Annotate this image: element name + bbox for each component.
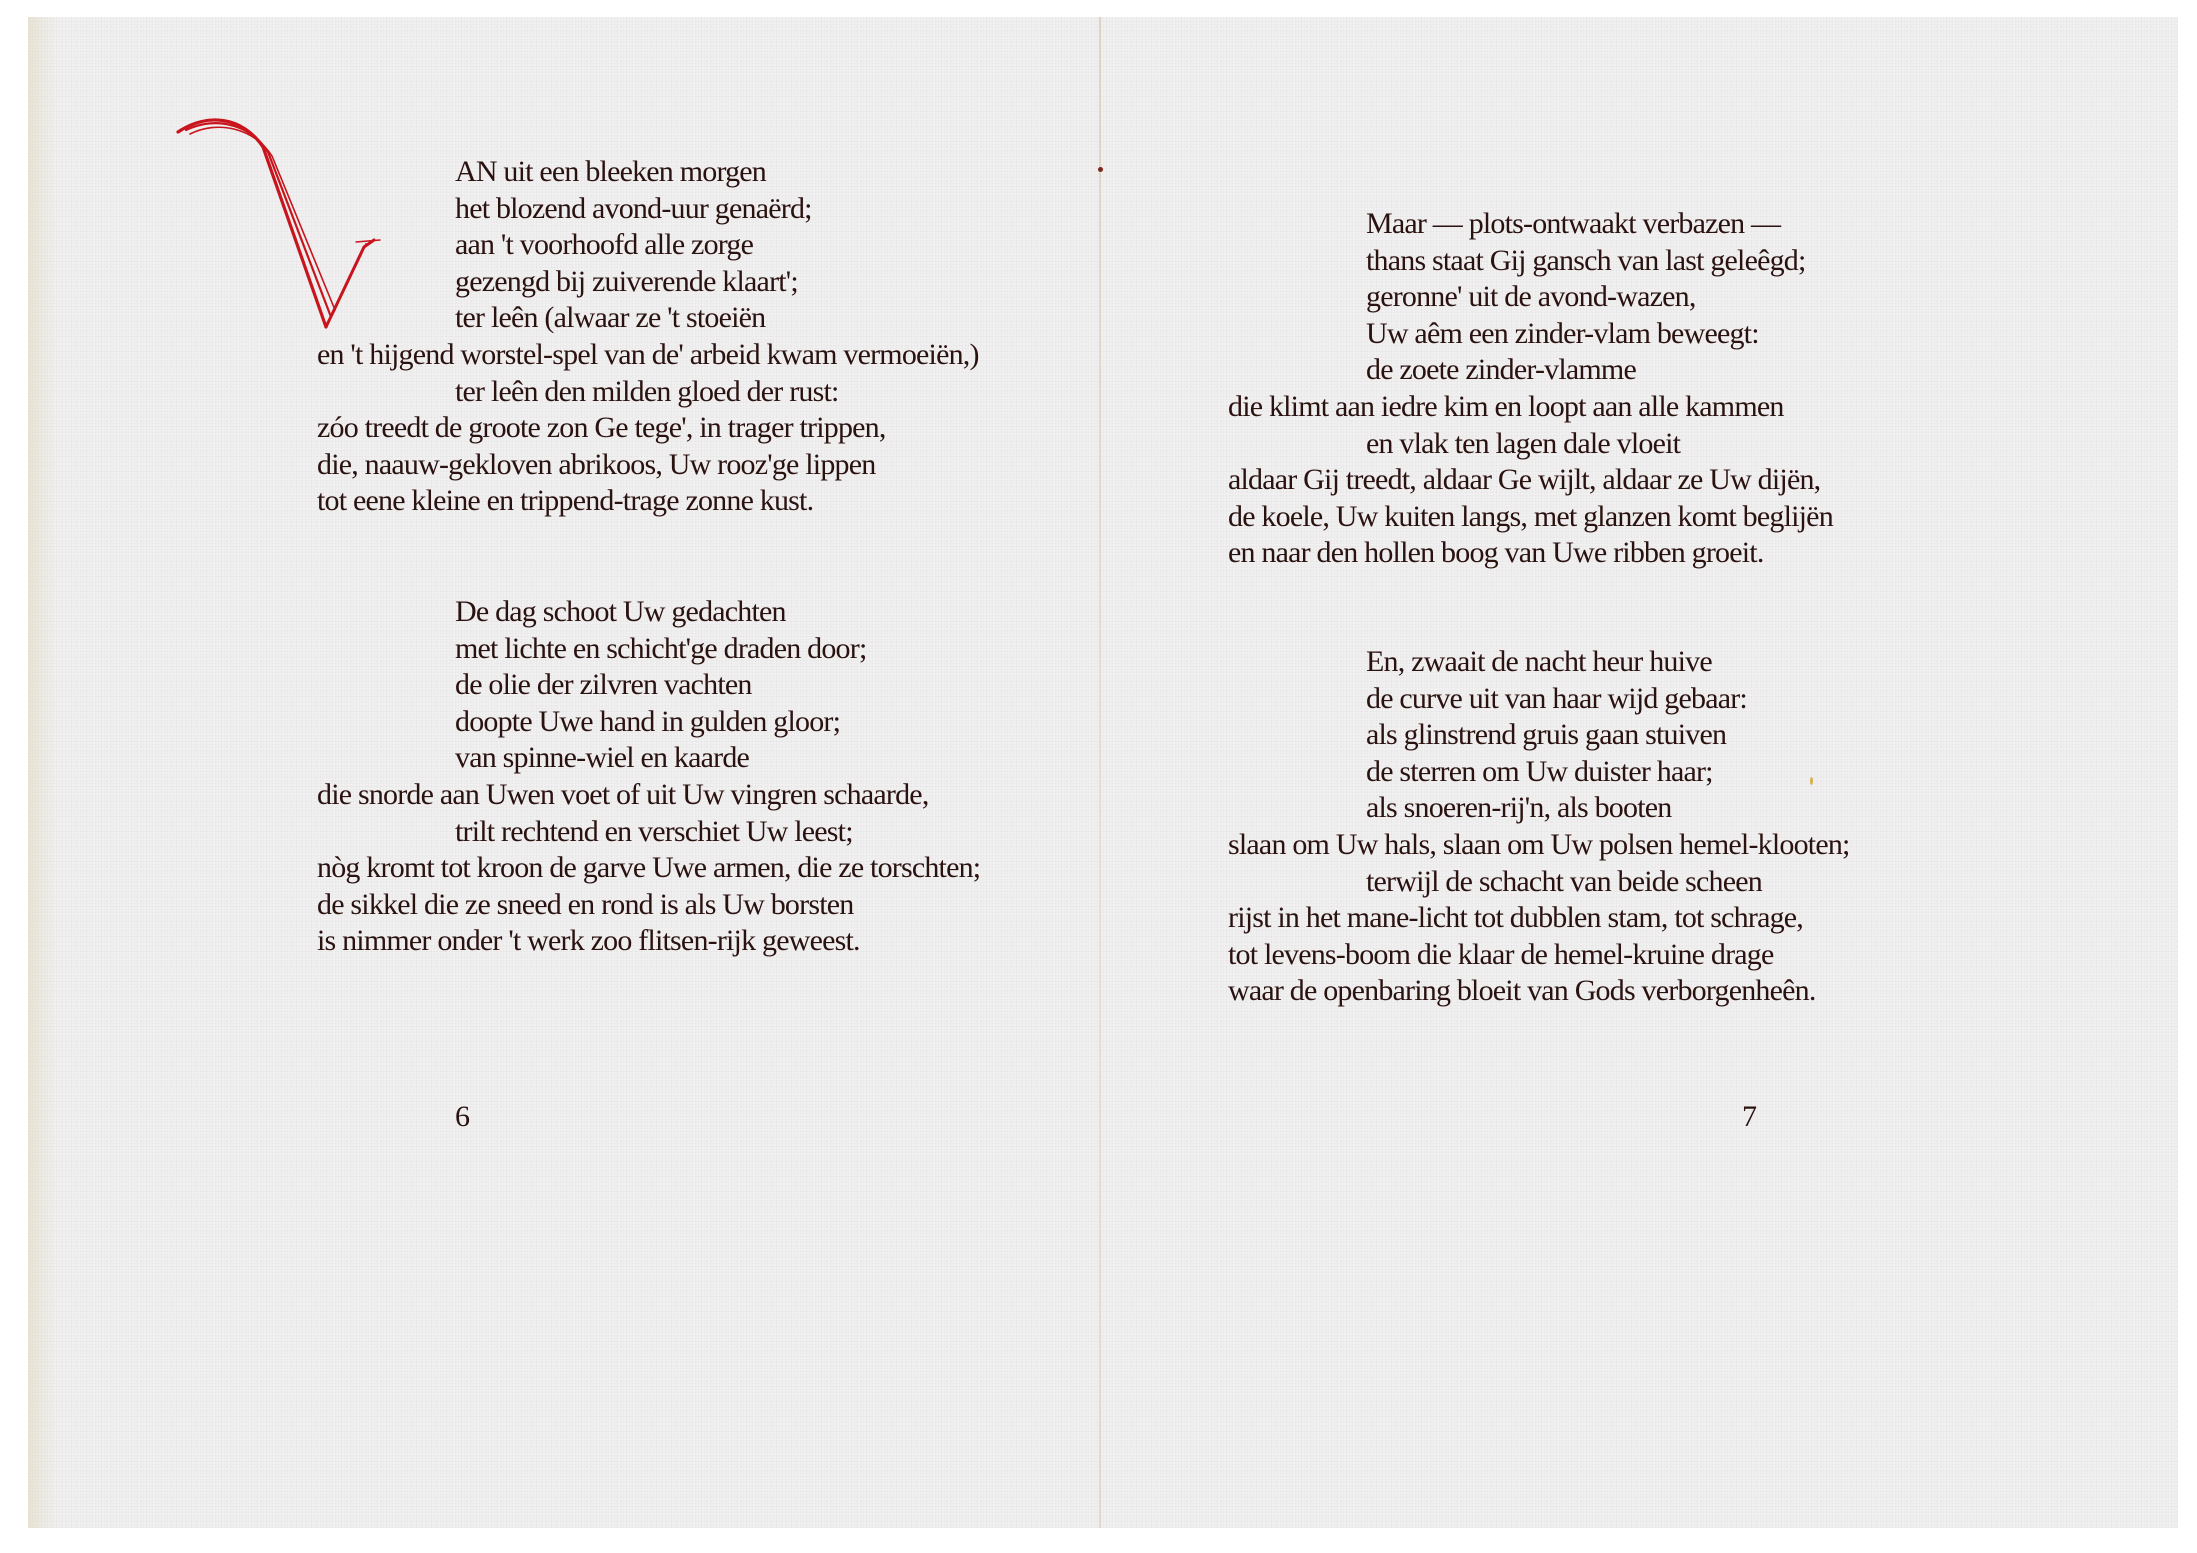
verse-line: en vlak ten lagen dale vloeit: [1228, 426, 2168, 463]
verse-line: de curve uit van haar wijd gebaar:: [1228, 681, 2168, 718]
verse-line: tot levens-boom die klaar de hemel-kruin…: [1228, 937, 2168, 974]
verse-line: thans staat Gij gansch van last geleêgd;: [1228, 243, 2168, 280]
paper-speck: [1098, 167, 1103, 172]
verse-line: gezengd bij zuiverende klaart';: [317, 264, 1107, 301]
page-edge-shadow: [28, 17, 56, 1528]
verse-line: En, zwaait de nacht heur huive: [1228, 644, 2168, 681]
verse-line: trilt rechtend en verschiet Uw leest;: [317, 814, 1107, 851]
verse-line: tot eene kleine en trippend-trage zonne …: [317, 483, 1107, 520]
verse-line: aldaar Gij treedt, aldaar Ge wijlt, alda…: [1228, 462, 2168, 499]
verse-line: de sikkel die ze sneed en rond is als Uw…: [317, 887, 1107, 924]
page-number-left: 6: [455, 1100, 470, 1134]
verse-line: die klimt aan iedre kim en loopt aan all…: [1228, 389, 2168, 426]
verse-line: Uw aêm een zinder-vlam beweegt:: [1228, 316, 2168, 353]
verse-line: als snoeren-rij'n, als booten: [1228, 790, 2168, 827]
verse-line: slaan om Uw hals, slaan om Uw polsen hem…: [1228, 827, 2168, 864]
verse-line: het blozend avond-uur genaërd;: [317, 191, 1107, 228]
verse-line: zóo treedt de groote zon Ge tege', in tr…: [317, 410, 1107, 447]
verse-line: de zoete zinder-vlamme: [1228, 352, 2168, 389]
verse-line: en 't hijgend worstel-spel van de' arbei…: [317, 337, 1107, 374]
verse-line: De dag schoot Uw gedachten: [317, 594, 1107, 631]
book-spread: AN uit een bleeken morgen het blozend av…: [28, 17, 2178, 1528]
paper-speck: [1810, 777, 1813, 785]
verse-line: met lichte en schicht'ge draden door;: [317, 631, 1107, 668]
verse-line: ter leên (alwaar ze 't stoeiën: [317, 300, 1107, 337]
verse-line: die, naauw-gekloven abrikoos, Uw rooz'ge…: [317, 447, 1107, 484]
verse-line: doopte Uwe hand in gulden gloor;: [317, 704, 1107, 741]
verse-line: de koele, Uw kuiten langs, met glanzen k…: [1228, 499, 2168, 536]
verse-line: die snorde aan Uwen voet of uit Uw vingr…: [317, 777, 1107, 814]
stanza-2: En, zwaait de nacht heur huive de curve …: [1228, 644, 2168, 1010]
verse-line: ter leên den milden gloed der rust:: [317, 374, 1107, 411]
verse-line: nòg kromt tot kroon de garve Uwe armen, …: [317, 850, 1107, 887]
verse-line: AN uit een bleeken morgen: [317, 154, 1107, 191]
verse-line: terwijl de schacht van beide scheen: [1228, 864, 2168, 901]
verse-line: de sterren om Uw duister haar;: [1228, 754, 2168, 791]
right-page-poem: Maar — plots-ontwaakt verbazen — thans s…: [1228, 206, 2168, 1010]
verse-line: aan 't voorhoofd alle zorge: [317, 227, 1107, 264]
page-number-right: 7: [1742, 1100, 1757, 1134]
verse-line: de olie der zilvren vachten: [317, 667, 1107, 704]
verse-line: is nimmer onder 't werk zoo flitsen-rijk…: [317, 923, 1107, 960]
verse-line: geronne' uit de avond-wazen,: [1228, 279, 2168, 316]
stanza-1: AN uit een bleeken morgen het blozend av…: [317, 154, 1107, 520]
left-page-poem: AN uit een bleeken morgen het blozend av…: [317, 154, 1107, 960]
verse-line: waar de openbaring bloeit van Gods verbo…: [1228, 973, 2168, 1010]
verse-line: rijst in het mane-licht tot dubblen stam…: [1228, 900, 2168, 937]
verse-line: van spinne-wiel en kaarde: [317, 740, 1107, 777]
verse-line: en naar den hollen boog van Uwe ribben g…: [1228, 535, 2168, 572]
verse-line: Maar — plots-ontwaakt verbazen —: [1228, 206, 2168, 243]
stanza-2: De dag schoot Uw gedachten met lichte en…: [317, 594, 1107, 960]
verse-line: als glinstrend gruis gaan stuiven: [1228, 717, 2168, 754]
stanza-1: Maar — plots-ontwaakt verbazen — thans s…: [1228, 206, 2168, 572]
